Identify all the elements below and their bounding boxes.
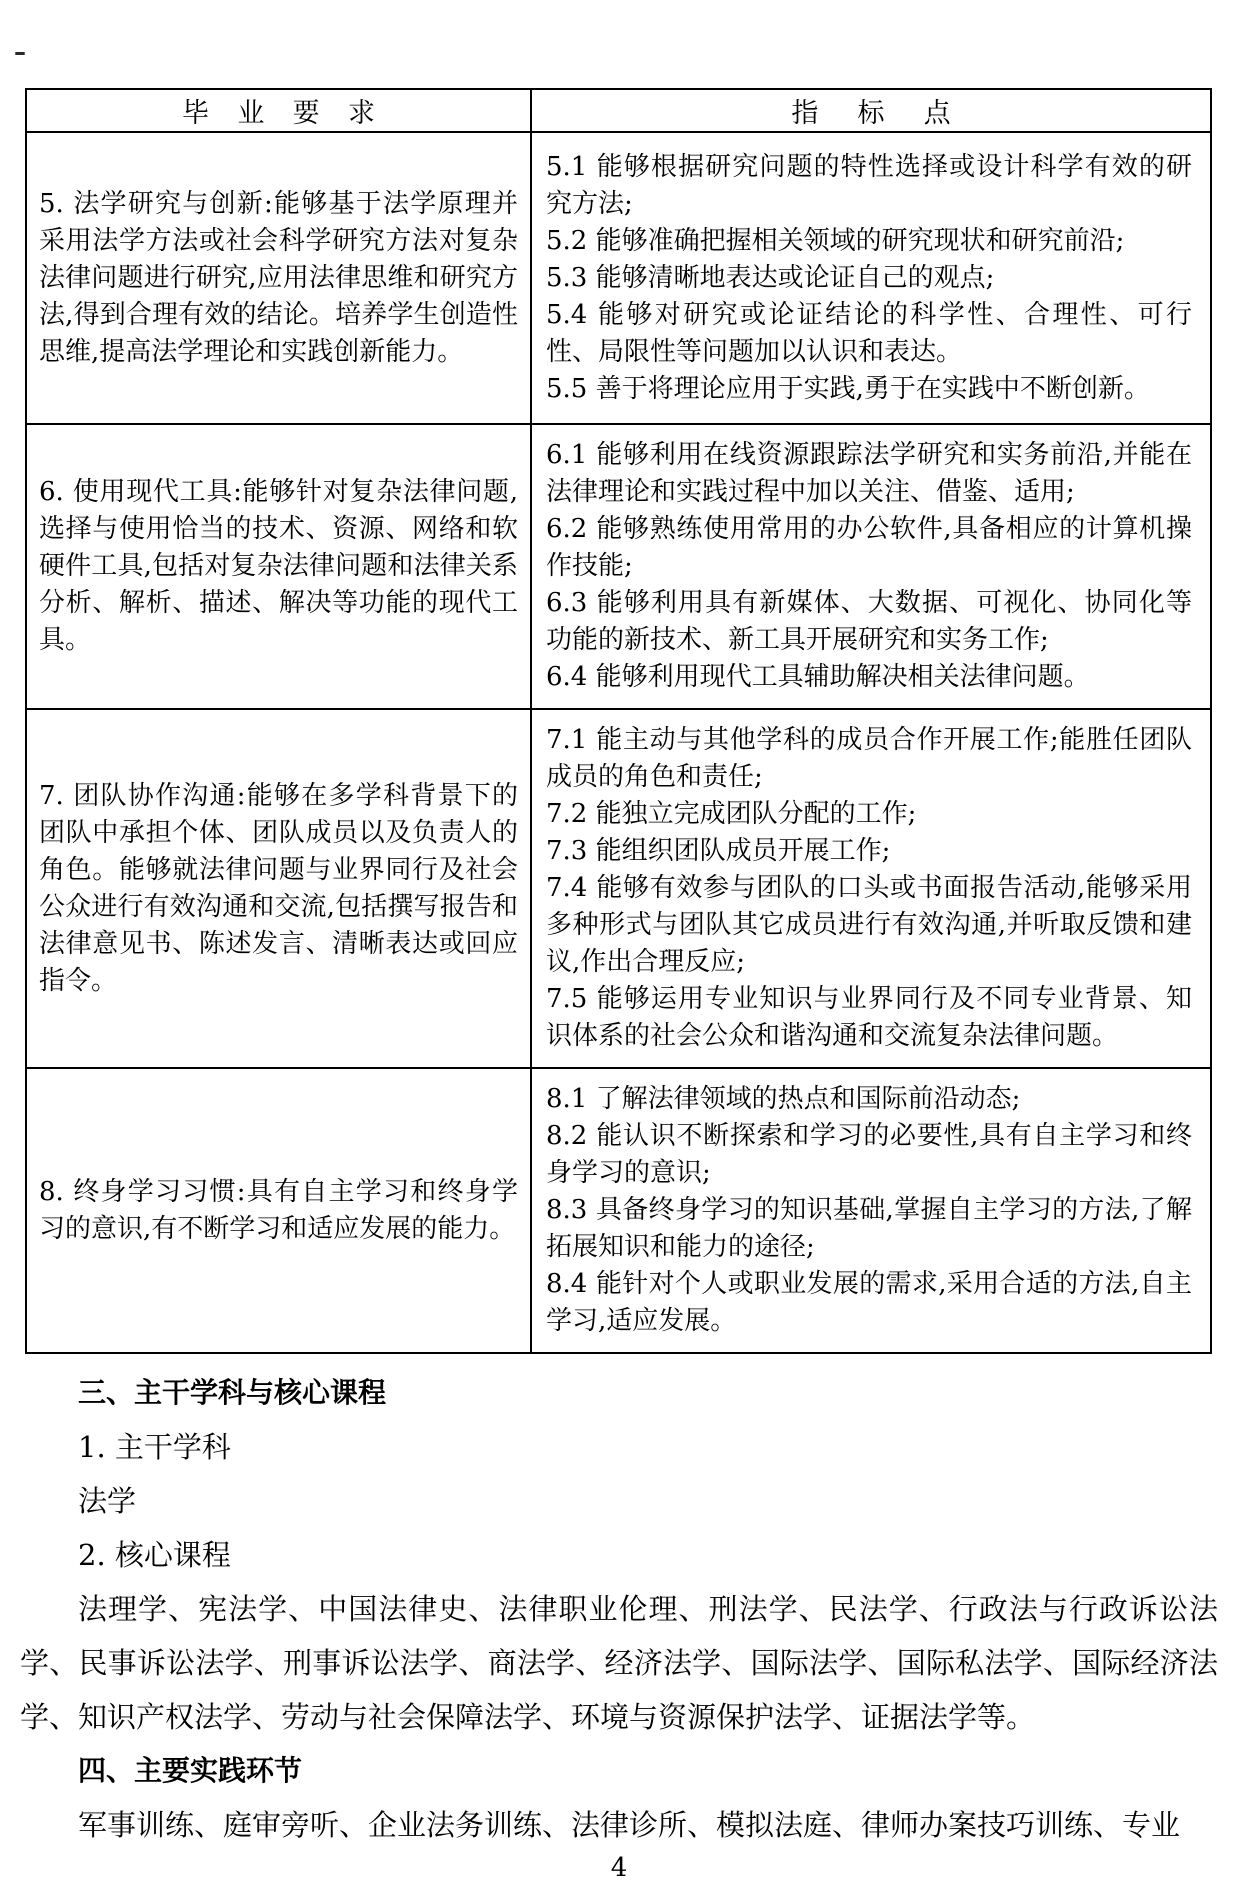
indicator-item: 8.2 能认识不断探索和学习的必要性,具有自主学习和终身学习的意识; bbox=[546, 1118, 1192, 1192]
graduation-requirements-table: 毕业要求 指标点 5. 法学研究与创新:能够基于法学原理并采用法学方法或社会科学… bbox=[25, 88, 1212, 1354]
indicator-item: 5.5 善于将理论应用于实践,勇于在实践中不断创新。 bbox=[546, 371, 1192, 408]
column-header-graduation-requirements: 毕业要求 bbox=[26, 89, 531, 132]
column-header-indicator-points: 指标点 bbox=[531, 89, 1211, 132]
indicator-item: 5.1 能够根据研究问题的特性选择或设计科学有效的研究方法; bbox=[546, 149, 1192, 223]
indicator-item: 8.3 具备终身学习的知识基础,掌握自主学习的方法,了解拓展知识和能力的途径; bbox=[546, 1192, 1192, 1266]
indicator-item: 7.4 能够有效参与团队的口头或书面报告活动,能够采用多种形式与团队其它成员进行… bbox=[546, 870, 1192, 981]
table-row: 6. 使用现代工具:能够针对复杂法律问题,选择与使用恰当的技术、资源、网络和软硬… bbox=[26, 424, 1211, 709]
indicator-item: 5.3 能够清晰地表达或论证自己的观点; bbox=[546, 260, 1192, 297]
indicator-item: 7.3 能组织团队成员开展工作; bbox=[546, 833, 1192, 870]
indicator-item: 6.1 能够利用在线资源跟踪法学研究和实务前沿,并能在法律理论和实践过程中加以关… bbox=[546, 437, 1192, 511]
section-heading-3: 三、主干学科与核心课程 bbox=[20, 1366, 1218, 1420]
page-number: 4 bbox=[20, 1854, 1218, 1882]
practice-paragraph: 军事训练、庭审旁听、企业法务训练、法律诊所、模拟法庭、律师办案技巧训练、专业 bbox=[20, 1798, 1218, 1852]
table-row: 7. 团队协作沟通:能够在多学科背景下的团队中承担个体、团队成员以及负责人的角色… bbox=[26, 709, 1211, 1068]
indicator-item: 7.2 能独立完成团队分配的工作; bbox=[546, 796, 1192, 833]
indicator-item: 7.5 能够运用专业知识与业界同行及不同专业背景、知识体系的社会公众和谐沟通和交… bbox=[546, 981, 1192, 1055]
indicator-item: 8.1 了解法律领域的热点和国际前沿动态; bbox=[546, 1081, 1192, 1118]
indicator-item: 8.4 能针对个人或职业发展的需求,采用合适的方法,自主学习,适应发展。 bbox=[546, 1266, 1192, 1340]
table-row: 8. 终身学习习惯:具有自主学习和终身学习的意识,有不断学习和适应发展的能力。 … bbox=[26, 1068, 1211, 1353]
indicator-item: 5.2 能够准确把握相关领域的研究现状和研究前沿; bbox=[546, 223, 1192, 260]
section-heading-4: 四、主要实践环节 bbox=[20, 1744, 1218, 1798]
page-margin-mark: – bbox=[14, 38, 26, 66]
table-header-row: 毕业要求 指标点 bbox=[26, 89, 1211, 132]
core-courses-label: 2. 核心课程 bbox=[20, 1528, 1218, 1582]
body-text-section: 三、主干学科与核心课程 1. 主干学科 法学 2. 核心课程 法理学、宪法学、中… bbox=[20, 1366, 1218, 1882]
indicator-item: 6.3 能够利用具有新媒体、大数据、可视化、协同化等功能的新技术、新工具开展研究… bbox=[546, 585, 1192, 659]
requirement-cell-8: 8. 终身学习习惯:具有自主学习和终身学习的意识,有不断学习和适应发展的能力。 bbox=[26, 1068, 531, 1353]
indicator-cell-5: 5.1 能够根据研究问题的特性选择或设计科学有效的研究方法;5.2 能够准确把握… bbox=[531, 132, 1211, 424]
table-row: 5. 法学研究与创新:能够基于法学原理并采用法学方法或社会科学研究方法对复杂法律… bbox=[26, 132, 1211, 424]
requirement-cell-7: 7. 团队协作沟通:能够在多学科背景下的团队中承担个体、团队成员以及负责人的角色… bbox=[26, 709, 531, 1068]
main-discipline-label: 1. 主干学科 bbox=[20, 1420, 1218, 1474]
indicator-item: 5.4 能够对研究或论证结论的科学性、合理性、可行性、局限性等问题加以认识和表达… bbox=[546, 297, 1192, 371]
requirement-cell-5: 5. 法学研究与创新:能够基于法学原理并采用法学方法或社会科学研究方法对复杂法律… bbox=[26, 132, 531, 424]
indicator-cell-6: 6.1 能够利用在线资源跟踪法学研究和实务前沿,并能在法律理论和实践过程中加以关… bbox=[531, 424, 1211, 709]
indicator-item: 6.4 能够利用现代工具辅助解决相关法律问题。 bbox=[546, 659, 1192, 696]
indicator-cell-7: 7.1 能主动与其他学科的成员合作开展工作;能胜任团队成员的角色和责任;7.2 … bbox=[531, 709, 1211, 1068]
requirement-cell-6: 6. 使用现代工具:能够针对复杂法律问题,选择与使用恰当的技术、资源、网络和软硬… bbox=[26, 424, 531, 709]
indicator-cell-8: 8.1 了解法律领域的热点和国际前沿动态;8.2 能认识不断探索和学习的必要性,… bbox=[531, 1068, 1211, 1353]
document-page: { "page": { "margin_mark": "–", "number"… bbox=[0, 0, 1238, 1885]
indicator-item: 6.2 能够熟练使用常用的办公软件,具备相应的计算机操作技能; bbox=[546, 511, 1192, 585]
indicator-item: 7.1 能主动与其他学科的成员合作开展工作;能胜任团队成员的角色和责任; bbox=[546, 722, 1192, 796]
main-discipline-value: 法学 bbox=[20, 1474, 1218, 1528]
core-courses-paragraph: 法理学、宪法学、中国法律史、法律职业伦理、刑法学、民法学、行政法与行政诉讼法学、… bbox=[20, 1582, 1218, 1744]
